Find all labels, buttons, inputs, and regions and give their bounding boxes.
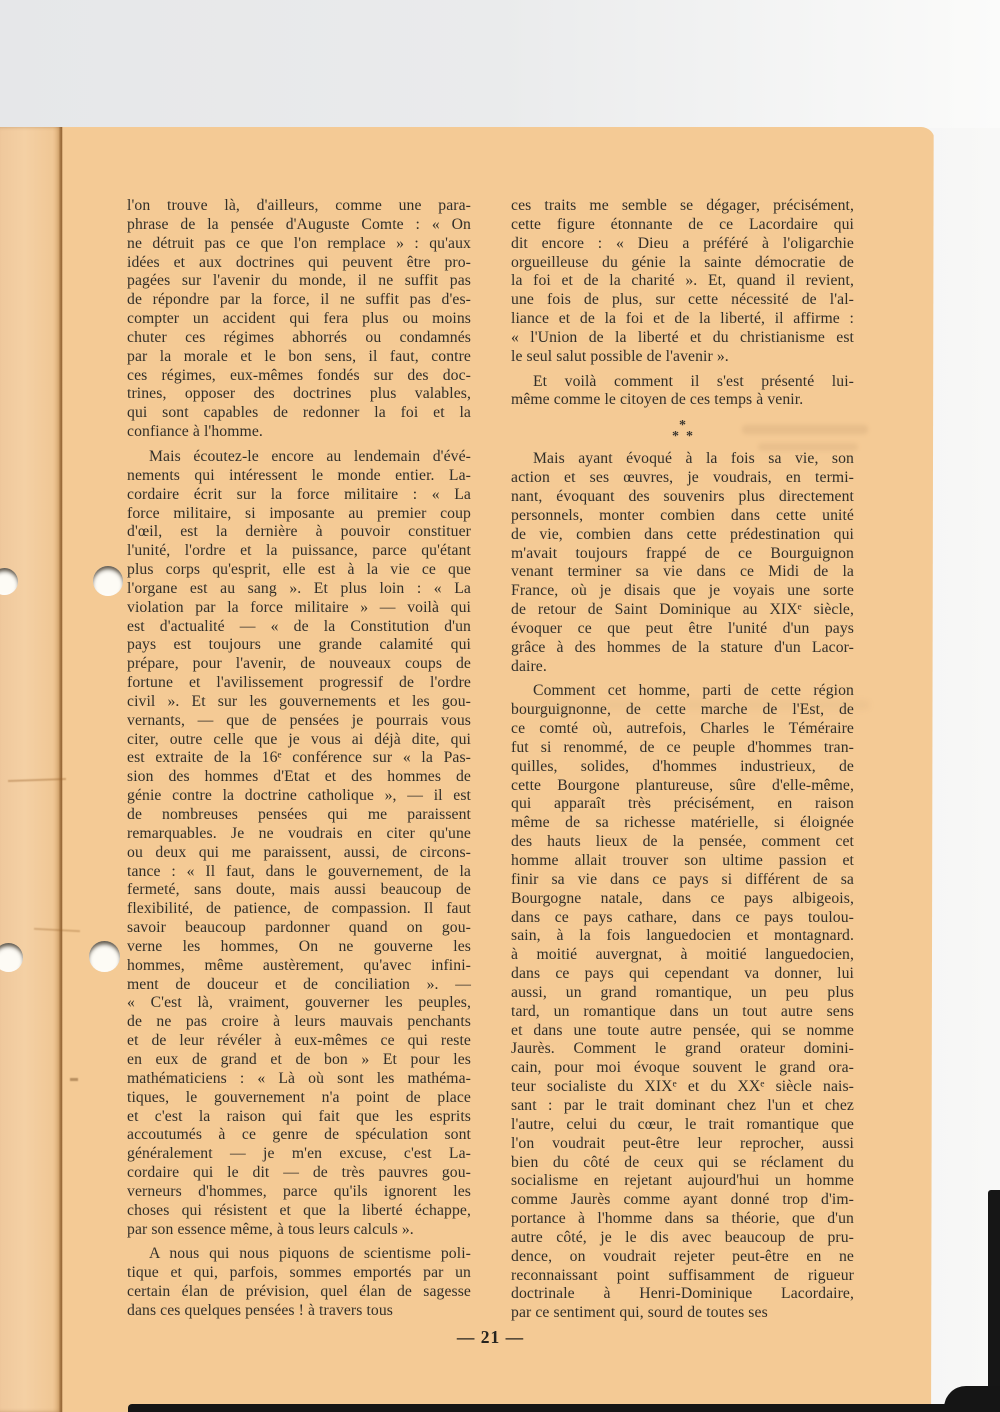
text-column-left: l'on trouve là, d'ailleurs, comme une pa… — [127, 197, 471, 1321]
text-line: cette figure étonnante de ce Lacordaire … — [511, 216, 854, 235]
text-line: nements qui intéressent le monde entier.… — [127, 467, 471, 486]
binding-fold — [59, 127, 63, 1412]
text-line: plus corps qu'esprit, elle est à la vie … — [127, 561, 471, 580]
text-line: autre côté, je le dis avec beaucoup de p… — [511, 1229, 854, 1248]
text-line: ces régimes, eux-mêmes fondés sur des do… — [127, 367, 471, 386]
text-line: même de sa richesse matérielle, si éloig… — [511, 814, 854, 833]
text-line: par son essence même, à tous leurs calcu… — [127, 1221, 471, 1240]
text-line: savoir beaucoup pardonner quand on gou- — [127, 919, 471, 938]
text-column-right: ces traits me semble se dégager, précisé… — [511, 197, 854, 1323]
text-line: m'avait toujours frappé de ce Bourguigno… — [511, 545, 854, 564]
paragraph: Et voilà comment il s'est présenté lui-m… — [511, 373, 854, 411]
text-line: quilles, solides, d'hommes industrieux, … — [511, 758, 854, 777]
text-line: verne les hommes, On ne gouverne les — [127, 938, 471, 957]
text-line: par la morale et le bon sens, il faut, c… — [127, 348, 471, 367]
text-line: est extraite de la 16ᵉ conférence sur « … — [127, 749, 471, 768]
page-number: — 21 — — [127, 1327, 854, 1348]
text-line: « C'est là, vraiment, gouverner les peup… — [127, 994, 471, 1013]
text-line: violation par la force militaire » — voi… — [127, 599, 471, 618]
text-line: de ne pas croire à leurs mauvais penchan… — [127, 1013, 471, 1032]
text-line: et c'est la raison qui fait que les espr… — [127, 1108, 471, 1127]
text-line: aussi, un grand romantique, un peu plus — [511, 984, 854, 1003]
text-line: cordaire qui le dit — de très pauvres go… — [127, 1164, 471, 1183]
text-line: Jaurès. Comment le grand orateur domini- — [511, 1040, 854, 1059]
text-line: et de leur révéler à eux-mêmes ce qui re… — [127, 1032, 471, 1051]
text-line: ment de douceur et de conciliation ». — — [127, 976, 471, 995]
text-line: comme Jaurès comme ayant donné trop d'im… — [511, 1191, 854, 1210]
text-line: tiques, le gouvernement n'a point de pla… — [127, 1089, 471, 1108]
text-line: généralement — je m'en excuse, c'est La- — [127, 1145, 471, 1164]
text-line: l'organe est au sang ». Et plus loin : «… — [127, 580, 471, 599]
text-line: teur socialiste du XIXᵉ et du XXᵉ siècle… — [511, 1078, 854, 1097]
text-line: de répondre par la force, il ne suffit p… — [127, 291, 471, 310]
text-line: qui sont capables de redonner la foi et … — [127, 404, 471, 423]
text-line: dit encore : « Dieu a préféré à l'oligar… — [511, 235, 854, 254]
text-line: pays est toujours une grande calamité qu… — [127, 636, 471, 655]
text-line: chuter ces régimes abhorrés ou condamnés — [127, 329, 471, 348]
text-line: l'on trouve là, d'ailleurs, comme une pa… — [127, 197, 471, 216]
text-line: daire. — [511, 658, 854, 677]
text-line: l'on voudrait peut-être leur reprocher, … — [511, 1135, 854, 1154]
text-line: finir sa vie dans ce pays si différent d… — [511, 871, 854, 890]
text-line: le seul salut possible de l'avenir ». — [511, 348, 854, 367]
text-line: flexibilité, de patience, de compassion.… — [127, 900, 471, 919]
text-line: et dans une toute autre pensée, qui se n… — [511, 1022, 854, 1041]
text-line: homme allait trouver son ultime passion … — [511, 852, 854, 871]
text-line: de vie, combien dans cette prédestinatio… — [511, 526, 854, 545]
text-line: civil ». Et sur les gouvernements et les… — [127, 693, 471, 712]
text-line: dans ces quelques pensées ! à travers to… — [127, 1302, 471, 1321]
text-line: sain, à la fois languedocien et montagna… — [511, 927, 854, 946]
text-line: même comme le citoyen de ces temps à ven… — [511, 391, 854, 410]
text-line: l'unité, l'ordre et la puissance, parce … — [127, 542, 471, 561]
text-line: cordaire écrit sur la force militaire : … — [127, 486, 471, 505]
text-line: fortune et l'avilissement progressif de … — [127, 674, 471, 693]
text-line: portance à l'homme dans sa théorie, que … — [511, 1210, 854, 1229]
text-line: hommes, même austèrement, qu'avec infini… — [127, 957, 471, 976]
text-line: confiance à l'homme. — [127, 423, 471, 442]
hole-punch — [89, 941, 120, 972]
paragraph: Comment cet homme, parti de cette région… — [511, 682, 854, 1323]
paragraph: l'on trouve là, d'ailleurs, comme une pa… — [127, 197, 471, 442]
scanner-background — [0, 0, 1000, 128]
text-line: bien du côté de ceux qui se réclament du — [511, 1154, 854, 1173]
text-line: verneurs d'hommes, parce qu'ils ignorent… — [127, 1183, 471, 1202]
asterism-separator: *** — [511, 420, 854, 442]
text-line: sant : par le trait dominant chez l'un e… — [511, 1097, 854, 1116]
text-line: vernants, — que de pensées je pourrais v… — [127, 712, 471, 731]
text-line: dans ce pays cathare, dans ce pays toulo… — [511, 909, 854, 928]
text-line: force militaire, si imposante au premier… — [127, 505, 471, 524]
text-line: cain, pour moi évoque souvent le grand o… — [511, 1059, 854, 1078]
text-line: doctrinale à Henri-Dominique Lacordaire, — [511, 1285, 854, 1304]
text-line: tique et qui, parfois, sommes emportés p… — [127, 1264, 471, 1283]
paragraph: Mais écoutez-le encore au lendemain d'év… — [127, 448, 471, 1239]
text-line: ne détruit pas ce que l'on remplace » : … — [127, 235, 471, 254]
text-line: sion des hommes d'Etat et des hommes de — [127, 768, 471, 787]
text-line: Et voilà comment il s'est présenté lui- — [511, 373, 854, 392]
text-line: bourguignonne, de cette marche de l'Est,… — [511, 701, 854, 720]
text-line: cette Bourgone plantureuse, sûre d'elle-… — [511, 777, 854, 796]
text-line: trines, opposer des doctrines plus valab… — [127, 385, 471, 404]
paragraph: ces traits me semble se dégager, précisé… — [511, 197, 854, 367]
text-line: choses qui résistent et que la liberté é… — [127, 1202, 471, 1221]
scan-border — [988, 1190, 1000, 1412]
text-line: qui apparaît très précisément, en raison — [511, 795, 854, 814]
text-line: de retour de Saint Dominique au XIXᵉ siè… — [511, 601, 854, 620]
text-line: ce comté où, autrefois, Charles le Témér… — [511, 720, 854, 739]
text-line: par ce sentiment qui, sourd de toutes se… — [511, 1304, 854, 1323]
text-line: Comment cet homme, parti de cette région — [511, 682, 854, 701]
text-line: liance et de la foi et de la liberté, il… — [511, 310, 854, 329]
text-line: à moitié auvergnat, à moitié languedocie… — [511, 946, 854, 965]
text-line: Mais écoutez-le encore au lendemain d'év… — [127, 448, 471, 467]
scan-border — [128, 1404, 1000, 1412]
text-line: Bourgogne natale, dans ce pays albigeois… — [511, 890, 854, 909]
text-line: personnels, monter combien dans cette un… — [511, 507, 854, 526]
hole-punch — [93, 566, 123, 596]
text-line: France, où je disais que je voyais une s… — [511, 582, 854, 601]
text-line: fermeté, sans doute, mais aussi beaucoup… — [127, 881, 471, 900]
text-line: tard, un romantique dans un tout autre s… — [511, 1003, 854, 1022]
text-line: mathématiciens : « Là où sont les mathém… — [127, 1070, 471, 1089]
text-line: A nous qui nous piquons de scientisme po… — [127, 1245, 471, 1264]
text-line: nant, évoquant des souvenirs plus direct… — [511, 488, 854, 507]
scanned-page: l'on trouve là, d'ailleurs, comme une pa… — [0, 0, 1000, 1412]
text-line: d'œil, est la dernière à pouvoir constit… — [127, 523, 471, 542]
text-line: dence, on voudrait rejeter peut-être en … — [511, 1248, 854, 1267]
previous-page-edge — [0, 127, 62, 1412]
text-line: en eux de grand et de bon » Et pour les — [127, 1051, 471, 1070]
text-line: certain élan de prévision, quel élan de … — [127, 1283, 471, 1302]
text-line: l'autre, celui du cœur, le trait romanti… — [511, 1116, 854, 1135]
text-line: idées et aux doctrines qui peuvent être … — [127, 254, 471, 273]
text-line: pagées sur l'avenir du monde, il ne suff… — [127, 272, 471, 291]
text-line: évoquer ce que peut être l'unité d'un pa… — [511, 620, 854, 639]
text-line: « l'Union de la liberté et du christiani… — [511, 329, 854, 348]
text-line: dans ce pays qui cependant va donner, lu… — [511, 965, 854, 984]
text-line: est d'actualité — « de la Constitution d… — [127, 618, 471, 637]
text-line: action et ses œuvres, je voudrais, en te… — [511, 469, 854, 488]
text-line: orgueilleuse du génie la sainte démocrat… — [511, 254, 854, 273]
text-line: tance : « Il faut, dans le gouvernement,… — [127, 863, 471, 882]
text-line: reconnaissant point suffisamment de rigu… — [511, 1267, 854, 1286]
text-line: remarquables. Je ne voudrais en citer qu… — [127, 825, 471, 844]
text-line: de nombreuses pensées qui me paraissent — [127, 806, 471, 825]
text-line: accoutumés à ce genre de spéculation son… — [127, 1126, 471, 1145]
text-line: compter un accident qui fera plus ou moi… — [127, 310, 471, 329]
text-line: ces traits me semble se dégager, précisé… — [511, 197, 854, 216]
text-line: des hauts lieux de la pensée, comment ce… — [511, 833, 854, 852]
text-line: venant terminer sa vie dans ce Midi de l… — [511, 563, 854, 582]
text-line: ou deux qui me paraissent, aussi, de cir… — [127, 844, 471, 863]
text-line: citer, outre celle que je vous ai déjà d… — [127, 731, 471, 750]
paragraph: Mais ayant évoqué à la fois sa vie, sona… — [511, 450, 854, 676]
text-line: une fois de plus, sur cette nécessité de… — [511, 291, 854, 310]
text-line: socialisme en rejetant aujourd'hui un ho… — [511, 1172, 854, 1191]
text-line: Mais ayant évoqué à la fois sa vie, son — [511, 450, 854, 469]
text-line: génie contre la doctrine catholique », —… — [127, 787, 471, 806]
text-line: prépare, pour l'avenir, de nouveaux coup… — [127, 655, 471, 674]
text-line: la foi et de la charité ». Et, quand il … — [511, 272, 854, 291]
text-line: fut si renommé, de ce peuple d'hommes tr… — [511, 739, 854, 758]
paragraph: A nous qui nous piquons de scientisme po… — [127, 1245, 471, 1320]
text-line: grâce à des hommes de la stature d'un La… — [511, 639, 854, 658]
text-line: phrase de la pensée d'Auguste Comte : « … — [127, 216, 471, 235]
